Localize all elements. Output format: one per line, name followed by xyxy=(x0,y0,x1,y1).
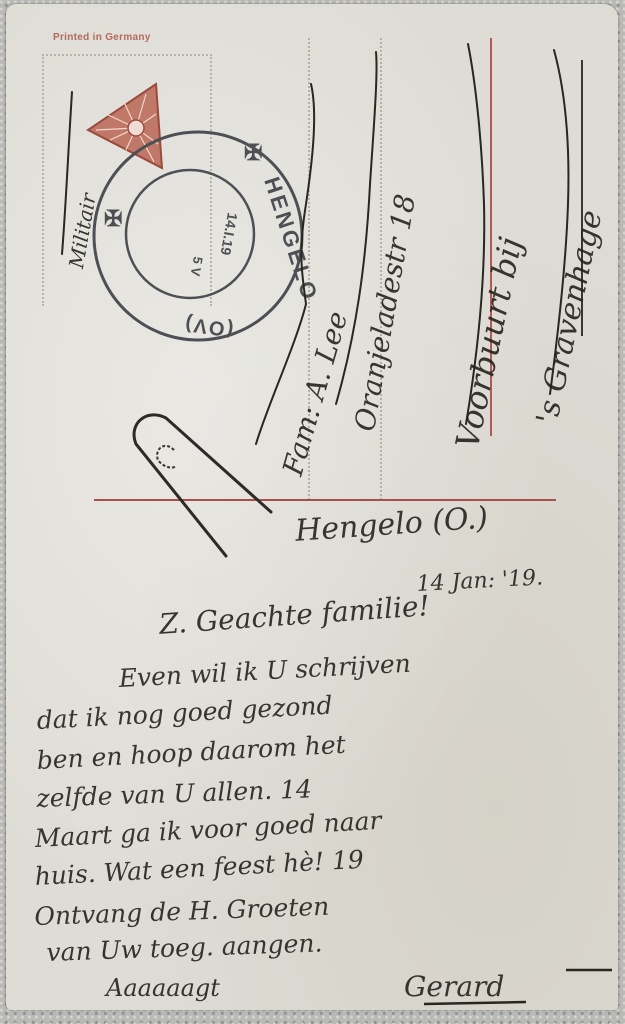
signature-underline xyxy=(6,4,618,1010)
postcard: Printed in Germany HE xyxy=(6,4,618,1010)
